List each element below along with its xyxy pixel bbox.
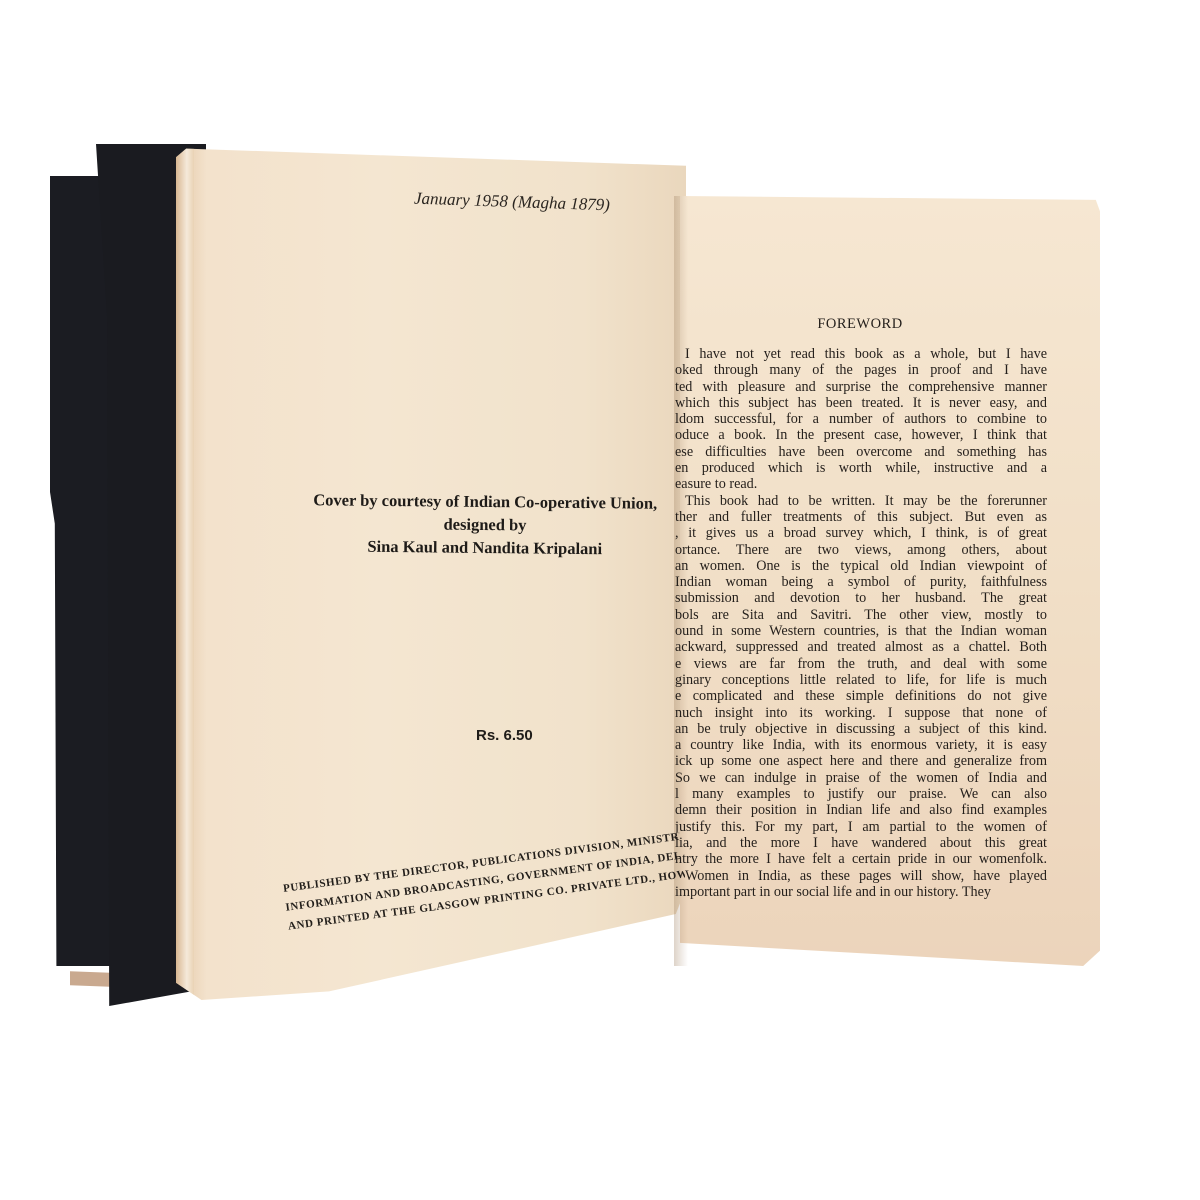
foreword-line: an women. One is the typical old Indian … xyxy=(675,558,1047,574)
foreword-line: ntry the more I have felt a certain prid… xyxy=(675,851,1047,867)
foreword-line: e complicated and these simple definitio… xyxy=(675,688,1047,704)
price: Rs. 6.50 xyxy=(476,727,533,744)
foreword-line: ther and fuller treatments of this subje… xyxy=(675,509,1047,525)
foreword-line: nuch insight into its working. I suppose… xyxy=(675,705,1047,721)
foreword-line: , it gives us a broad survey which, I th… xyxy=(675,525,1047,541)
cover-edge xyxy=(70,971,110,986)
foreword-line: lia, and the more I have wandered about … xyxy=(675,835,1047,851)
foreword-text: I have not yet read this book as a whole… xyxy=(675,346,1047,900)
foreword-line: ick up some one aspect here and there an… xyxy=(675,753,1047,769)
foreword-line: ound in some Western countries, is that … xyxy=(675,623,1047,639)
foreword-line: en produced which is worth while, instru… xyxy=(675,460,1047,476)
foreword-line: l many examples to justify our praise. W… xyxy=(675,786,1047,802)
foreword-line: ese difficulties have been overcome and … xyxy=(675,444,1047,460)
foreword-line: ginary conceptions little related to lif… xyxy=(675,672,1047,688)
foreword-line: an be truly objective in discussing a su… xyxy=(675,721,1047,737)
cover-credit: Cover by courtesy of Indian Co-operative… xyxy=(290,488,681,561)
foreword-line: I have not yet read this book as a whole… xyxy=(675,346,1047,362)
foreword-line: oked through many of the pages in proof … xyxy=(675,362,1047,378)
foreword-line: demn their position in Indian life and a… xyxy=(675,802,1047,818)
foreword-line: important part in our social life and in… xyxy=(675,884,1047,900)
cover-credit-line: Sina Kaul and Nandita Kripalani xyxy=(290,534,680,561)
foreword-line: justify this. For my part, I am partial … xyxy=(675,819,1047,835)
foreword-line: which this subject has been treated. It … xyxy=(675,395,1047,411)
foreword-line: This book had to be written. It may be t… xyxy=(675,493,1047,509)
foreword-line: a country like India, with its enormous … xyxy=(675,737,1047,753)
foreword-line: ldom successful, for a number of authors… xyxy=(675,411,1047,427)
foreword-line: Women in India, as these pages will show… xyxy=(675,868,1047,884)
foreword-line: ortance. There are two views, among othe… xyxy=(675,542,1047,558)
foreword-line: Indian woman being a symbol of purity, f… xyxy=(675,574,1047,590)
cover-credit-line: Cover by courtesy of Indian Co-operative… xyxy=(290,488,680,538)
foreword-heading: FOREWORD xyxy=(680,316,1040,333)
foreword-line: e views are far from the truth, and deal… xyxy=(675,656,1047,672)
foreword-line: oduce a book. In the present case, howev… xyxy=(675,427,1047,443)
foreword-line: ackward, suppressed and treated almost a… xyxy=(675,639,1047,655)
foreword-line: bols are Sita and Savitri. The other vie… xyxy=(675,607,1047,623)
foreword-line: submission and devotion to her husband. … xyxy=(675,590,1047,606)
foreword-line: easure to read. xyxy=(675,476,1047,492)
foreword-line: So we can indulge in praise of the women… xyxy=(675,770,1047,786)
open-book-photo: January 1958 (Magha 1879) Cover by court… xyxy=(0,0,1200,1200)
foreword-line: ted with pleasure and surprise the compr… xyxy=(675,379,1047,395)
